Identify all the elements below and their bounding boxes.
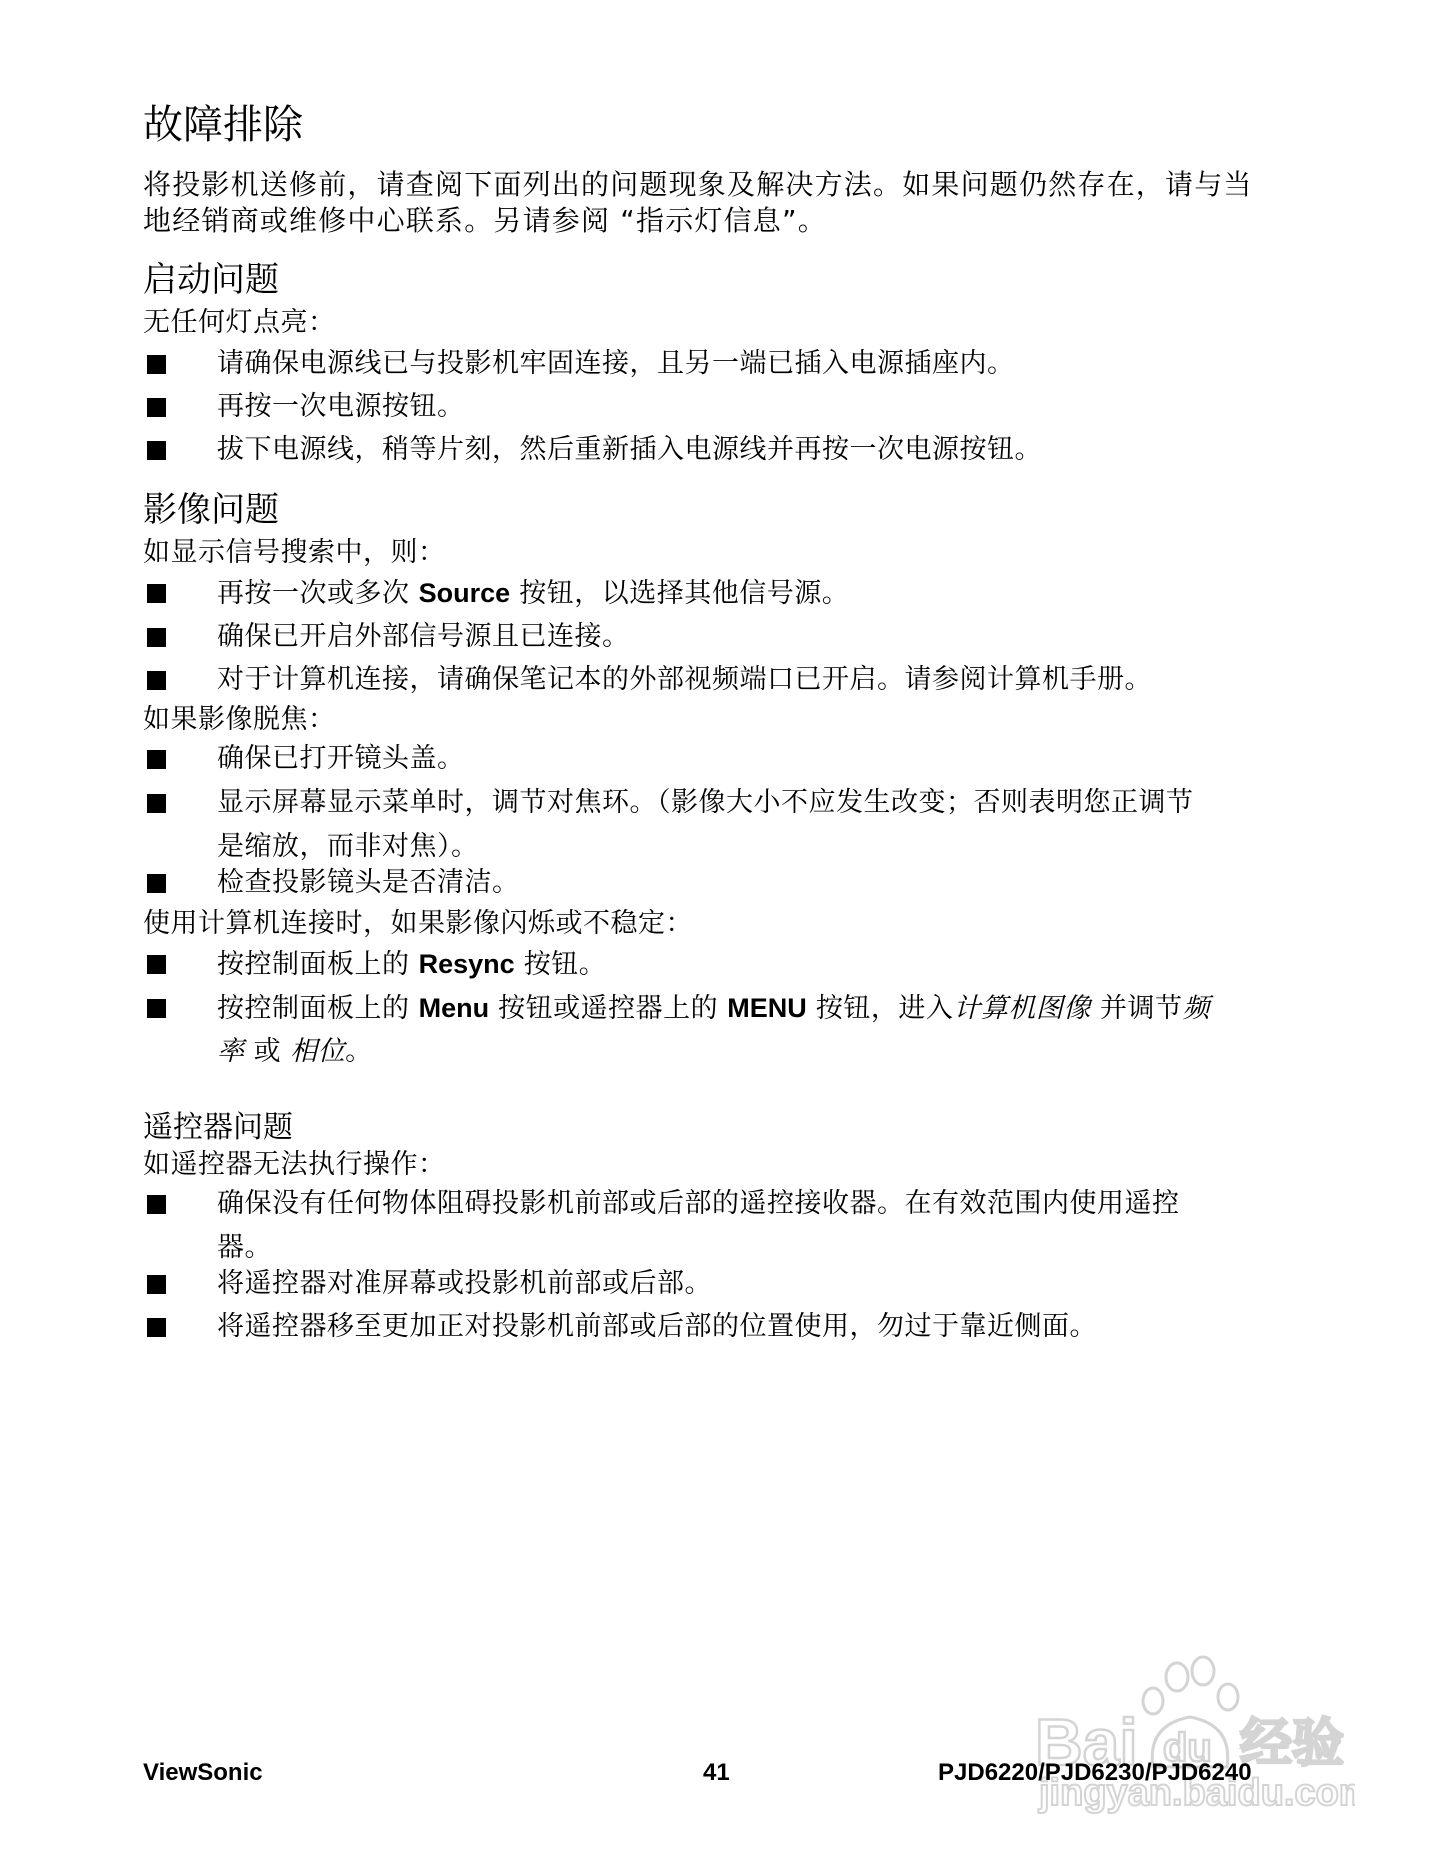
intro-line-1: 将投影机送修前，请查阅下面列出的问题现象及解决方法。如果问题仍然存在，请与当 <box>143 168 1253 202</box>
bullet-text: 检查投影镜头是否清洁。 <box>217 866 520 900</box>
text-segment: 按钮或遥控器上的 <box>489 993 727 1024</box>
bullet-square-icon <box>147 441 166 460</box>
svg-text:经验: 经验 <box>1240 1714 1344 1774</box>
condition-label: 如显示信号搜索中，则： <box>143 536 446 570</box>
bullet-square-icon <box>147 794 166 813</box>
section-heading-startup: 启动问题 <box>143 260 279 300</box>
text-segment: 再按一次或多次 <box>217 578 419 609</box>
bullet-text: 按控制面板上的 Resync 按钮。 <box>217 947 606 982</box>
bullet-text: 对于计算机连接，请确保笔记本的外部视频端口已开启。请参阅计算机手册。 <box>217 663 1152 697</box>
bullet-text: 请确保电源线已与投影机牢固连接，且另一端已插入电源插座内。 <box>217 347 1015 381</box>
intro-line-2: 地经销商或维修中心联系。另请参阅 “指示灯信息”。 <box>143 204 827 238</box>
menu-item-frequency-part: 率 <box>217 1036 245 1067</box>
condition-label: 无任何灯点亮： <box>143 306 336 340</box>
text-segment: 按控制面板上的 <box>217 949 419 980</box>
menu-item-computer-image: 计算机图像 <box>953 993 1091 1024</box>
text-segment: 并调节 <box>1091 993 1183 1024</box>
text-segment: 或 <box>245 1036 291 1067</box>
bullet-square-icon <box>147 355 166 374</box>
bullet-square-icon <box>147 671 166 690</box>
bullet-text: 拔下电源线，稍等片刻，然后重新插入电源线并再按一次电源按钮。 <box>217 433 1042 467</box>
section-heading-remote: 遥控器问题 <box>143 1108 293 1148</box>
menu-item-frequency-part: 频 <box>1182 993 1210 1024</box>
menu-button-name: Menu <box>419 993 490 1023</box>
menu-item-phase: 相位 <box>290 1036 345 1067</box>
bullet-square-icon <box>147 999 166 1018</box>
footer-brand: ViewSonic <box>143 1758 263 1788</box>
page-title: 故障排除 <box>143 100 303 150</box>
bullet-square-icon <box>147 1318 166 1337</box>
footer-page-number: 41 <box>703 1758 730 1788</box>
bullet-square-icon <box>147 628 166 647</box>
text-segment: 按控制面板上的 <box>217 993 419 1024</box>
bullet-text-line-1: 显示屏幕显示菜单时，调节对焦环。（影像大小不应发生改变；否则表明您正调节 <box>217 786 1194 820</box>
bullet-square-icon <box>147 1275 166 1294</box>
bullet-text-line-2: 器。 <box>217 1231 272 1265</box>
condition-label: 如遥控器无法执行操作： <box>143 1148 446 1182</box>
bullet-text: 确保已打开镜头盖。 <box>217 742 465 776</box>
source-button-name: Source <box>419 578 511 608</box>
document-page: 故障排除 将投影机送修前，请查阅下面列出的问题现象及解决方法。如果问题仍然存在，… <box>0 0 1440 1872</box>
bullet-square-icon <box>147 398 166 417</box>
bullet-square-icon <box>147 584 166 603</box>
bullet-text: 将遥控器对准屏幕或投影机前部或后部。 <box>217 1267 712 1301</box>
bullet-text-line-1: 确保没有任何物体阻碍投影机前部或后部的遥控接收器。在有效范围内使用遥控 <box>217 1187 1180 1221</box>
bullet-text-line-2: 率 或 相位。 <box>217 1035 373 1069</box>
bullet-text-line-2: 是缩放，而非对焦）。 <box>217 830 479 864</box>
bullet-square-icon <box>147 750 166 769</box>
text-segment: 按钮。 <box>515 949 607 980</box>
text-segment: 按钮，以选择其他信号源。 <box>510 578 849 609</box>
bullet-square-icon <box>147 955 166 974</box>
bullet-text: 再按一次电源按钮。 <box>217 390 465 424</box>
bullet-text: 将遥控器移至更加正对投影机前部或后部的位置使用，勿过于靠近侧面。 <box>217 1310 1097 1344</box>
condition-label: 使用计算机连接时，如果影像闪烁或不稳定： <box>143 907 693 941</box>
bullet-text-line-1: 按控制面板上的 Menu 按钮或遥控器上的 MENU 按钮，进入计算机图像 并调… <box>217 991 1210 1026</box>
text-segment: 按钮，进入 <box>807 993 954 1024</box>
bullet-text: 确保已开启外部信号源且已连接。 <box>217 620 630 654</box>
text-segment: 。 <box>345 1036 373 1067</box>
baidu-jingyan-watermark-icon: Bai du 经验 jingyan.baidu.com <box>1035 1655 1355 1815</box>
section-heading-image: 影像问题 <box>143 490 279 530</box>
condition-label: 如果影像脱焦： <box>143 703 336 737</box>
bullet-square-icon <box>147 1195 166 1214</box>
footer-model-numbers: PJD6220/PJD6230/PJD6240 <box>938 1758 1252 1788</box>
bullet-text: 再按一次或多次 Source 按钮，以选择其他信号源。 <box>217 576 849 611</box>
bullet-square-icon <box>147 874 166 893</box>
resync-button-name: Resync <box>419 949 515 979</box>
menu-remote-button-name: MENU <box>727 993 807 1023</box>
